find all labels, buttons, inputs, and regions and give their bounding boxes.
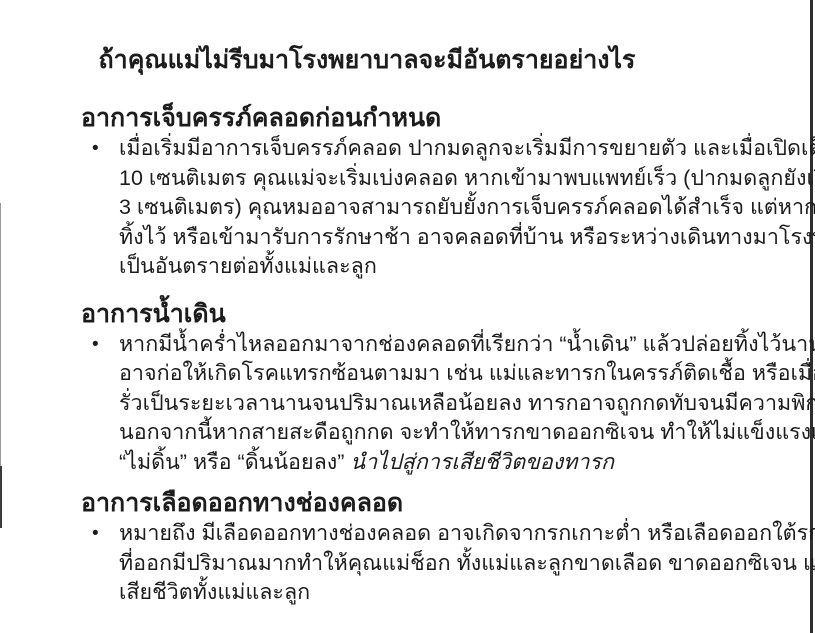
- body-line-normal-part: “ไม่ดิ้น” หรือ “ดิ้นน้อยลง”: [119, 450, 350, 474]
- bullet-marker: •: [81, 330, 119, 360]
- section-heading: อาการน้ำเดิน: [81, 299, 807, 330]
- bullet-marker: •: [81, 519, 119, 549]
- bullet-item: • เมื่อเริ่มมีอาการเจ็บครรภ์คลอด ปากมดลู…: [81, 134, 807, 282]
- section-heading: อาการเลือดออกทางช่องคลอด: [81, 488, 807, 519]
- section-water-breaking: อาการน้ำเดิน • หากมีน้ำคร่ำไหลออกมาจากช่…: [81, 299, 807, 478]
- body-line: เป็นอันตรายต่อทั้งแม่และลูก: [119, 252, 807, 282]
- section-vaginal-bleeding: อาการเลือดออกทางช่องคลอด • หมายถึง มีเลื…: [81, 488, 807, 608]
- body-line-italic-part: นำไปสู่การเสียชีวิตของทารก: [350, 450, 614, 474]
- body-line: รั่วเป็นระยะเวลานานจนปริมาณเหลือน้อยลง ท…: [119, 389, 807, 419]
- body-line: หมายถึง มีเลือดออกทางช่องคลอด อาจเกิดจาก…: [119, 519, 807, 549]
- bullet-text: เมื่อเริ่มมีอาการเจ็บครรภ์คลอด ปากมดลูกจ…: [119, 134, 807, 282]
- document-content: ถ้าคุณแม่ไม่รีบมาโรงพยาบาลจะมีอันตรายอย่…: [81, 0, 807, 608]
- document-title: ถ้าคุณแม่ไม่รีบมาโรงพยาบาลจะมีอันตรายอย่…: [81, 42, 653, 78]
- scan-artifact-left: [0, 203, 1, 468]
- body-line: 3 เซนติเมตร) คุณหมออาจสามารถยับยั้งการเจ…: [119, 193, 807, 223]
- section-preterm-labor: อาการเจ็บครรภ์คลอดก่อนกำหนด • เมื่อเริ่ม…: [81, 103, 807, 282]
- body-line: นอกจากนี้หากสายสะดือถูกกด จะทำให้ทารกขาด…: [119, 418, 807, 448]
- section-heading: อาการเจ็บครรภ์คลอดก่อนกำหนด: [81, 103, 807, 134]
- body-line: เมื่อเริ่มมีอาการเจ็บครรภ์คลอด ปากมดลูกจ…: [119, 134, 807, 164]
- scan-artifact-left-dark: [0, 466, 2, 528]
- bullet-item: • หากมีน้ำคร่ำไหลออกมาจากช่องคลอดที่เรีย…: [81, 330, 807, 478]
- document-page: ถ้าคุณแม่ไม่รีบมาโรงพยาบาลจะมีอันตรายอย่…: [0, 0, 815, 633]
- bullet-item: • หมายถึง มีเลือดออกทางช่องคลอด อาจเกิดจ…: [81, 519, 807, 608]
- body-line: อาจก่อให้เกิดโรคแทรกซ้อนตามมา เช่น แม่แล…: [119, 359, 807, 389]
- body-line-mixed: “ไม่ดิ้น” หรือ “ดิ้นน้อยลง” นำไปสู่การเส…: [119, 448, 807, 478]
- bullet-text: หากมีน้ำคร่ำไหลออกมาจากช่องคลอดที่เรียกว…: [119, 330, 807, 478]
- body-line: 10 เซนติเมตร คุณแม่จะเริ่มเบ่งคลอด หากเข…: [119, 164, 807, 194]
- bullet-text: หมายถึง มีเลือดออกทางช่องคลอด อาจเกิดจาก…: [119, 519, 807, 608]
- body-line: เสียชีวิตทั้งแม่และลูก: [119, 578, 807, 608]
- bullet-marker: •: [81, 134, 119, 164]
- body-line: ทิ้งไว้ หรือเข้ามารับการรักษาช้า อาจคลอด…: [119, 223, 807, 253]
- body-line: ที่ออกมีปริมาณมากทำให้คุณแม่ช็อก ทั้งแม่…: [119, 549, 807, 579]
- body-line: หากมีน้ำคร่ำไหลออกมาจากช่องคลอดที่เรียกว…: [119, 330, 807, 360]
